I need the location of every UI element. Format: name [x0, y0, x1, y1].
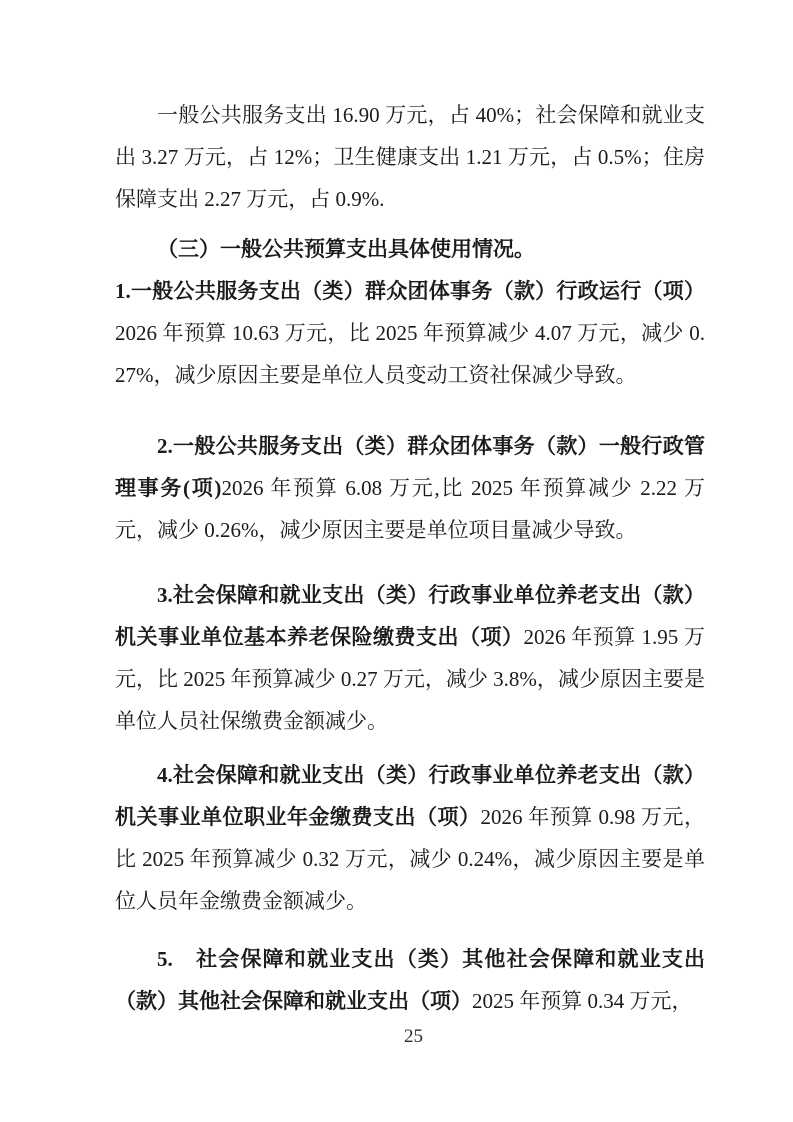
- section-heading: （三）一般公共预算支出具体使用情况。: [115, 228, 705, 270]
- budget-item-3: 3.社会保障和就业支出（类）行政事业单位养老支出（款）机关事业单位基本养老保险缴…: [115, 574, 705, 742]
- budget-item-1-title: 1.一般公共服务支出（类）群众团体事务（款）行政运行（项）: [115, 279, 705, 303]
- budget-item-1-detail: 2026 年预算 10.63 万元，比 2025 年预算减少 4.07 万元，减…: [115, 321, 705, 387]
- budget-item-4: 4.社会保障和就业支出（类）行政事业单位养老支出（款）机关事业单位职业年金缴费支…: [115, 754, 705, 922]
- intro-paragraph: 一般公共服务支出 16.90 万元，占 40%；社会保障和就业支出 3.27 万…: [115, 94, 705, 220]
- budget-item-5-detail: 2025 年预算 0.34 万元，: [472, 989, 693, 1013]
- document-page: 一般公共服务支出 16.90 万元，占 40%；社会保障和就业支出 3.27 万…: [0, 0, 793, 1122]
- page-number: 25: [404, 1026, 423, 1048]
- document-content: 一般公共服务支出 16.90 万元，占 40%；社会保障和就业支出 3.27 万…: [115, 94, 705, 1022]
- budget-item-1: 1.一般公共服务支出（类）群众团体事务（款）行政运行（项）2026 年预算 10…: [115, 270, 705, 396]
- budget-item-5: 5. 社会保障和就业支出（类）其他社会保障和就业支出（款）其他社会保障和就业支出…: [115, 938, 705, 1022]
- budget-item-2: 2.一般公共服务支出（类）群众团体事务（款）一般行政管理事务(项)2026 年预…: [115, 425, 705, 551]
